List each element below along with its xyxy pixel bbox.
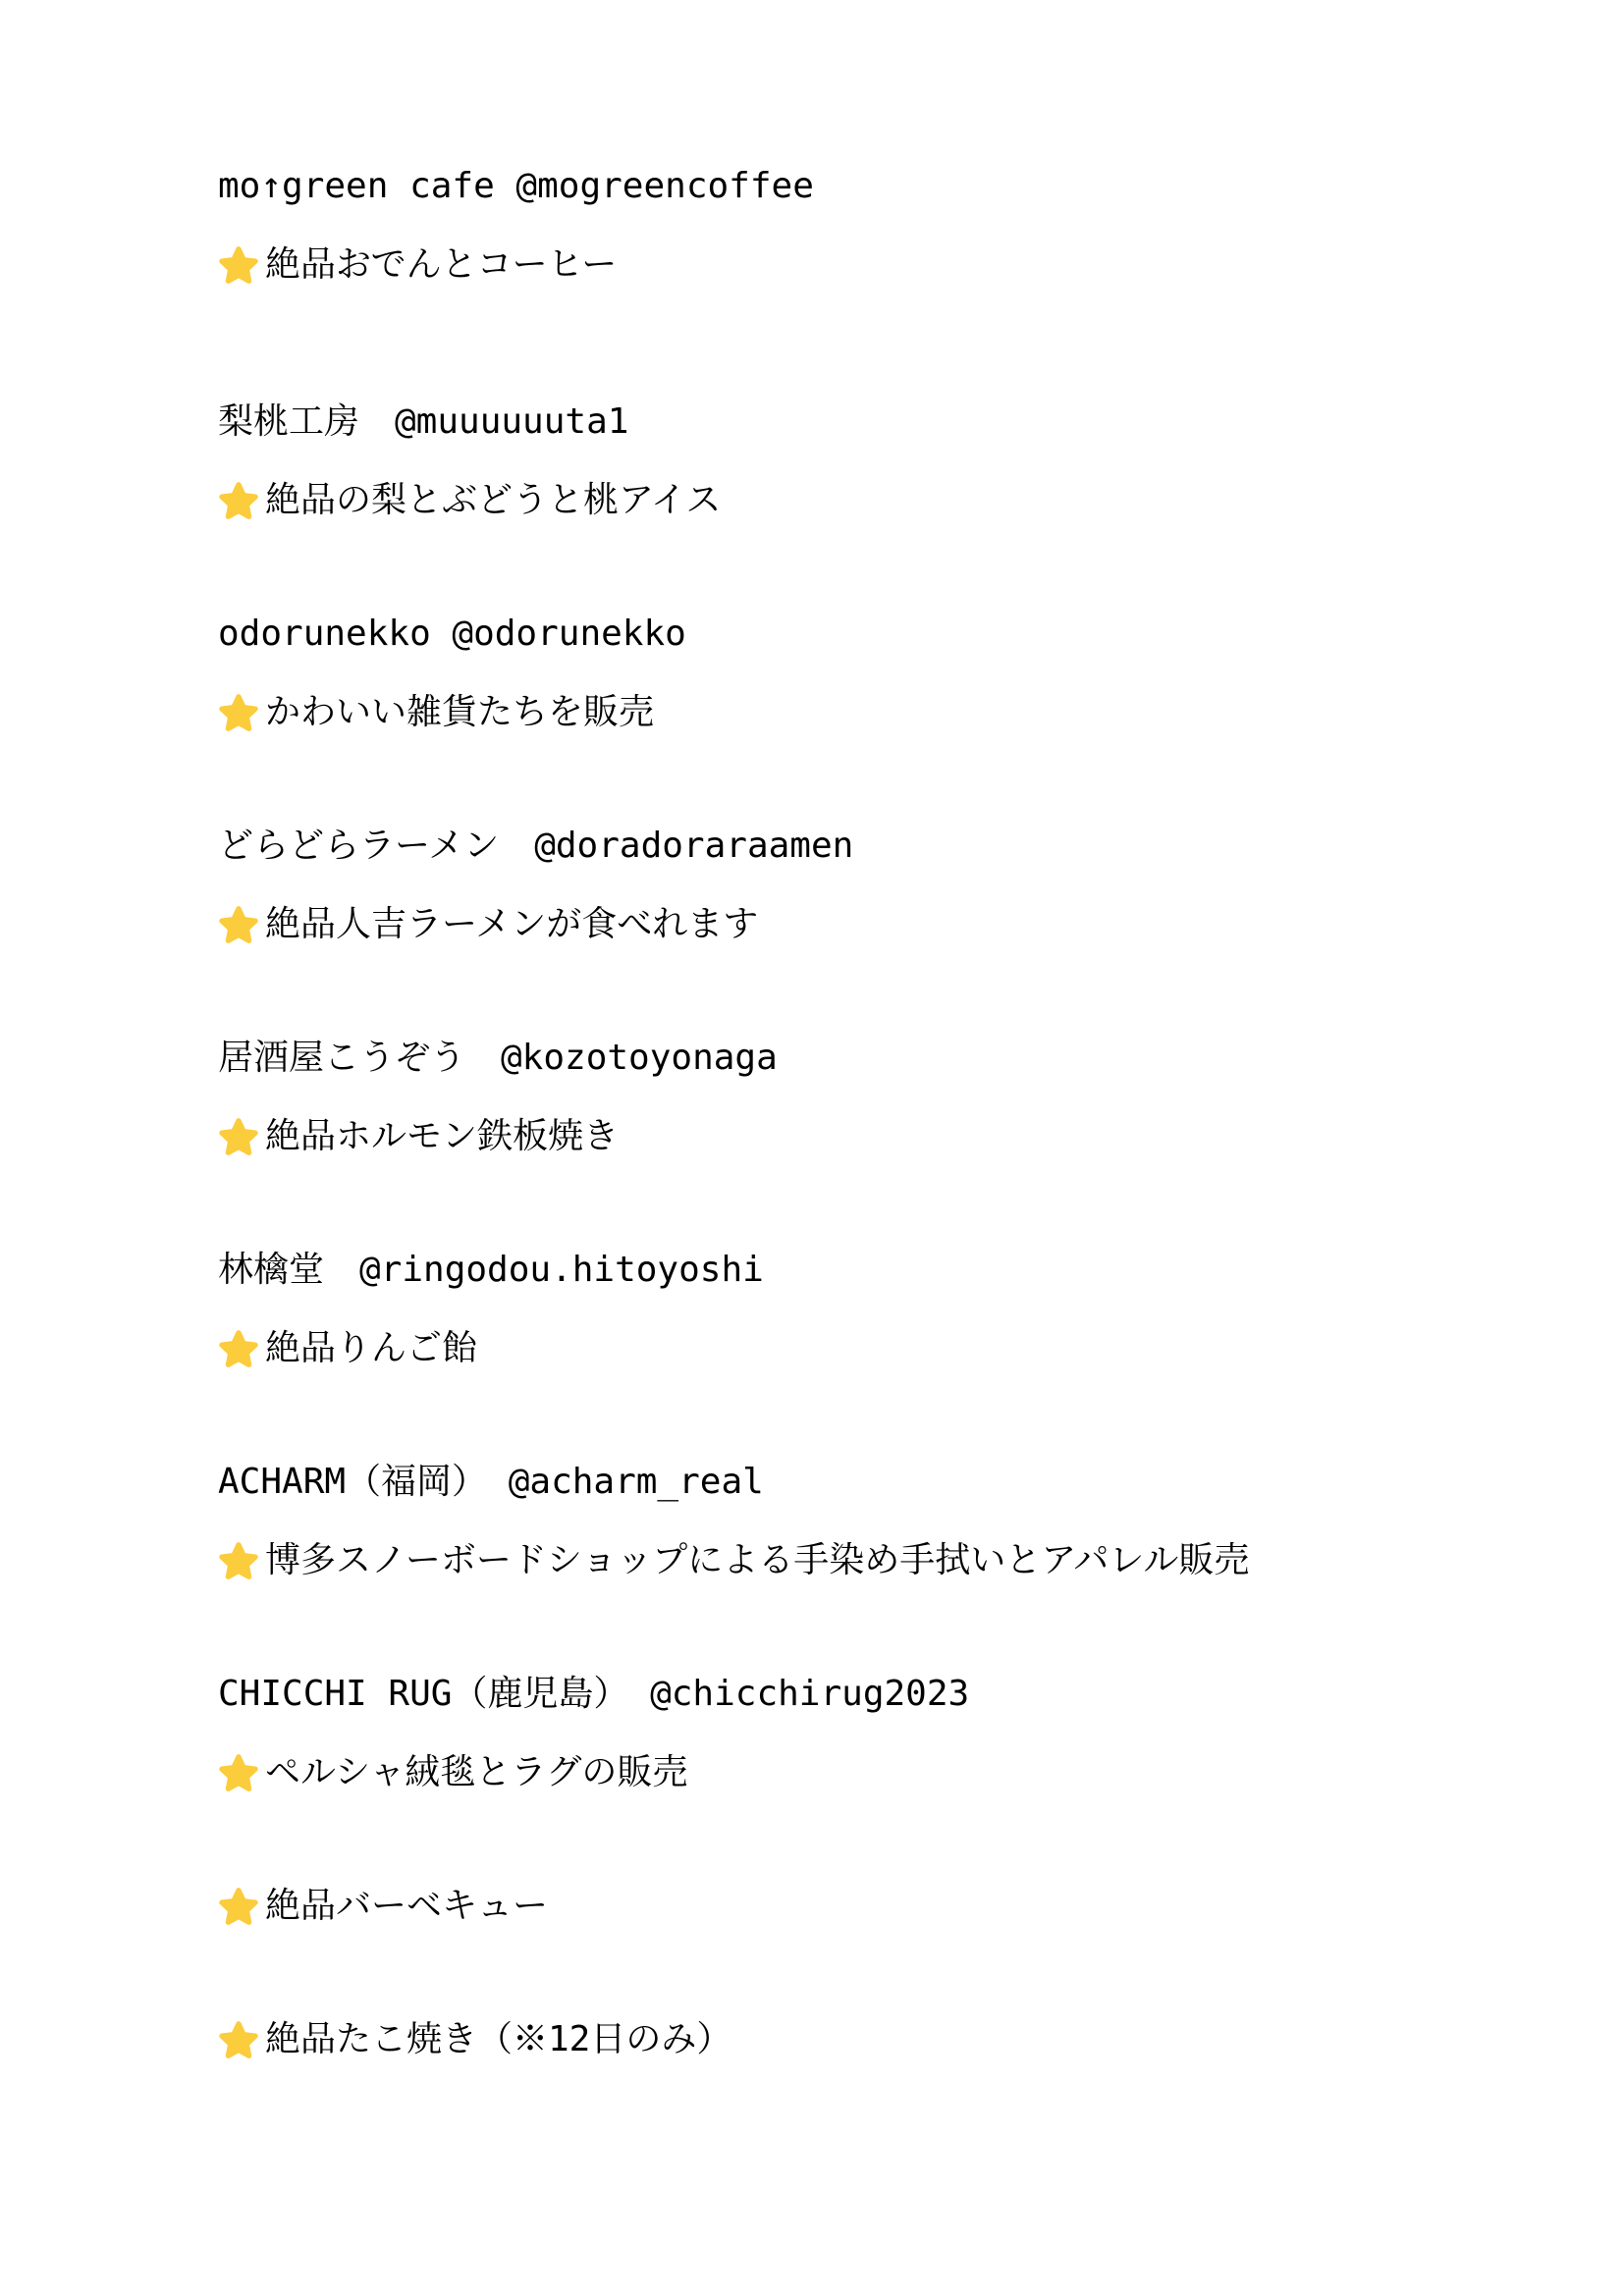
star-icon bbox=[218, 692, 259, 733]
vendor-description-line: 絶品バーベキュー bbox=[218, 1885, 1565, 1928]
vendor-description: 絶品人吉ラーメンが食べれます bbox=[265, 903, 758, 946]
vendor-title: ACHARM（福岡） @acharm_real bbox=[218, 1461, 1565, 1504]
star-icon bbox=[218, 1328, 259, 1369]
vendor-entry: 林檎堂 @ringodou.hitoyoshi 絶品りんご飴 bbox=[218, 1249, 1565, 1370]
vendor-description: 絶品の梨とぶどうと桃アイス bbox=[265, 479, 721, 522]
vendor-entry: CHICCHI RUG（鹿児島） @chicchirug2023 ペルシャ絨毯と… bbox=[218, 1673, 1565, 1794]
vendor-entry: どらどらラーメン @doradoraraamen 絶品人吉ラーメンが食べれます bbox=[218, 825, 1565, 946]
vendor-description-line: 絶品りんご飴 bbox=[218, 1327, 1565, 1370]
star-icon bbox=[218, 244, 259, 286]
vendor-description-line: 絶品たこ焼き（※12日のみ） bbox=[218, 2018, 1565, 2061]
vendor-entry: ACHARM（福岡） @acharm_real 博多スノーボードショップによる手… bbox=[218, 1461, 1565, 1582]
vendor-title: どらどらラーメン @doradoraraamen bbox=[218, 825, 1565, 868]
vendor-description: かわいい雑貨たちを販売 bbox=[265, 691, 654, 734]
vendor-description-line: 絶品人吉ラーメンが食べれます bbox=[218, 903, 1565, 946]
star-icon bbox=[218, 480, 259, 521]
vendor-entry: 居酒屋こうぞう @kozotoyonaga 絶品ホルモン鉄板焼き bbox=[218, 1037, 1565, 1158]
star-icon bbox=[218, 904, 259, 945]
vendor-entry: mo↑green cafe @mogreencoffee 絶品おでんとコーヒー bbox=[218, 165, 1565, 287]
vendor-title: 梨桃工房 @muuuuuuta1 bbox=[218, 400, 1565, 444]
star-icon bbox=[218, 1886, 259, 1927]
vendor-title: 居酒屋こうぞう @kozotoyonaga bbox=[218, 1037, 1565, 1080]
vendor-description-line: 絶品ホルモン鉄板焼き bbox=[218, 1115, 1565, 1158]
vendor-title: CHICCHI RUG（鹿児島） @chicchirug2023 bbox=[218, 1673, 1565, 1716]
vendor-entry: 梨桃工房 @muuuuuuta1 絶品の梨とぶどうと桃アイス bbox=[218, 400, 1565, 522]
vendor-description: 絶品バーベキュー bbox=[265, 1885, 548, 1928]
vendor-entry: 絶品たこ焼き（※12日のみ） bbox=[218, 2018, 1565, 2061]
vendor-entry: odorunekko @odorunekko かわいい雑貨たちを販売 bbox=[218, 613, 1565, 734]
vendor-description-line: かわいい雑貨たちを販売 bbox=[218, 691, 1565, 734]
vendor-description-line: ペルシャ絨毯とラグの販売 bbox=[218, 1751, 1565, 1794]
vendor-title: 林檎堂 @ringodou.hitoyoshi bbox=[218, 1249, 1565, 1292]
vendor-description: 絶品ホルモン鉄板焼き bbox=[265, 1115, 619, 1158]
vendor-description: 絶品おでんとコーヒー bbox=[265, 243, 617, 287]
star-icon bbox=[218, 1116, 259, 1157]
star-icon bbox=[218, 1540, 259, 1581]
star-icon bbox=[218, 2019, 259, 2060]
vendor-description: 絶品たこ焼き（※12日のみ） bbox=[265, 2018, 731, 2061]
vendor-list-page: mo↑green cafe @mogreencoffee 絶品おでんとコーヒー … bbox=[0, 0, 1624, 2296]
vendor-description: ペルシャ絨毯とラグの販売 bbox=[265, 1751, 687, 1794]
vendor-description: 博多スノーボードショップによる手染め手拭いとアパレル販売 bbox=[265, 1539, 1249, 1582]
vendor-title: odorunekko @odorunekko bbox=[218, 613, 1565, 656]
vendor-description: 絶品りんご飴 bbox=[265, 1327, 477, 1370]
vendor-description-line: 絶品の梨とぶどうと桃アイス bbox=[218, 479, 1565, 522]
vendor-description-line: 絶品おでんとコーヒー bbox=[218, 243, 1565, 287]
vendor-title: mo↑green cafe @mogreencoffee bbox=[218, 165, 1565, 208]
vendor-description-line: 博多スノーボードショップによる手染め手拭いとアパレル販売 bbox=[218, 1539, 1565, 1582]
star-icon bbox=[218, 1752, 259, 1793]
vendor-entry: 絶品バーベキュー bbox=[218, 1885, 1565, 1928]
